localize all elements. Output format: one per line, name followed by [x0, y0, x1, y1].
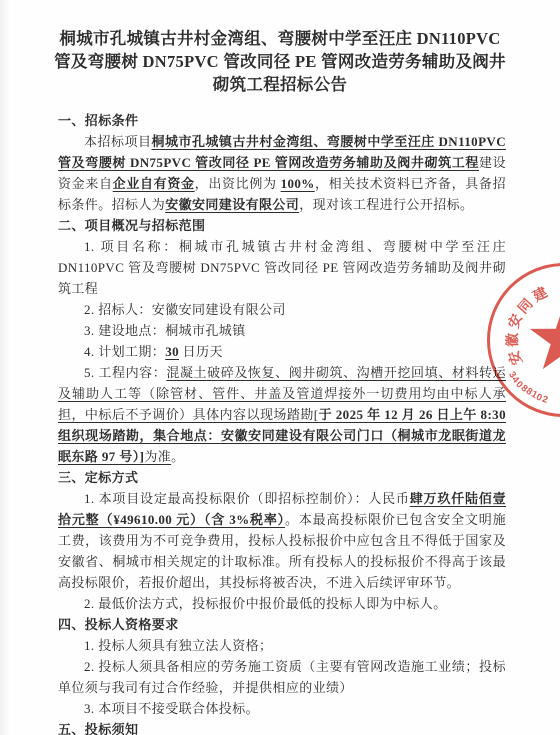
- section-heading: 四、投标人资格要求: [58, 614, 506, 635]
- text-run: 3. 建设地点：桐城市孔城镇: [84, 323, 246, 338]
- text-run: 2. 投标人须具备相应的劳务施工资质（主要有管网改造施工业绩；投标单位须与我司有…: [58, 659, 506, 695]
- seal-char: 徽: [505, 332, 519, 346]
- star-icon: [528, 304, 560, 376]
- seal-char: 安: [506, 312, 524, 330]
- star-shape: [530, 304, 560, 369]
- document-sections: 一、招标条件本招标项目桐城市孔城镇古井村金湾组、弯腰树中学至汪庄 DN110PV…: [58, 110, 506, 735]
- text-run: 1. 投标人须具有独立法人资格；: [84, 638, 272, 653]
- text-run: 2. 招标人：安徽安同建设有限公司: [84, 302, 286, 317]
- text-run: 3. 本项目不接受联合体投标。: [84, 701, 259, 716]
- paragraph: 1. 投标人须具有独立法人资格；: [58, 635, 506, 656]
- section-heading: 一、招标条件: [58, 110, 506, 131]
- seal-char: 安: [506, 349, 524, 367]
- text-run: 5. 工程内容：: [84, 365, 166, 380]
- seal-digit: 0: [514, 379, 524, 389]
- text-run: 。: [171, 449, 184, 464]
- paragraph: 3. 本项目不接受联合体投标。: [58, 698, 506, 719]
- text-run: ，出资比例为: [195, 176, 281, 191]
- section-heading: 二、项目概况与招标范围: [58, 215, 506, 236]
- seal-digit: 4: [510, 375, 521, 385]
- seal-char: 建: [530, 285, 549, 304]
- text-run: 1. 本项目设定最高投标限价（即招标控制价）：人民币: [84, 491, 410, 506]
- seal-digit: 0: [535, 393, 544, 404]
- paragraph: 1. 项目名称：桐城市孔城镇古井村金湾组、弯腰树中学至汪庄 DN110PVC 管…: [58, 236, 506, 299]
- section-heading: 五、投标须知: [58, 719, 506, 735]
- text-run: 为准: [144, 449, 171, 464]
- seal-char: 同: [515, 296, 535, 316]
- seal-digit: 3: [506, 370, 517, 380]
- text-run: 安徽安同建设有限公司: [165, 197, 299, 212]
- seal-digit: 2: [541, 395, 549, 406]
- text-run: 企业自有资金: [113, 176, 195, 191]
- paragraph: 5. 工程内容：混凝土破碎及恢复、阀井砌筑、沟槽开挖回填、材料转运及辅助人工等（…: [58, 362, 506, 467]
- text-run: ，现对该工程进行公开招标。: [299, 197, 473, 212]
- section-heading: 三、定标方式: [58, 467, 506, 488]
- text-run: 日历天: [179, 344, 223, 359]
- text-run: 30: [165, 344, 179, 359]
- text-run: 4. 计划工期：: [84, 344, 165, 359]
- text-run: 本招标项目: [84, 134, 151, 149]
- paragraph: 2. 最低价法方式，投标报价中报价最低的投标人即为中标人。: [58, 593, 506, 614]
- seal-digit: 8: [519, 383, 529, 394]
- paragraph: 2. 招标人：安徽安同建设有限公司: [58, 299, 506, 320]
- scanned-page: 桐城市孔城镇古井村金湾组、弯腰树中学至汪庄 DN110PVC 管及弯腰树 DN7…: [0, 0, 560, 735]
- seal-digit: 1: [529, 390, 538, 401]
- document-title: 桐城市孔城镇古井村金湾组、弯腰树中学至汪庄 DN110PVC 管及弯腰树 DN7…: [54, 27, 506, 96]
- seal-digit: 8: [524, 387, 534, 398]
- paragraph: 3. 建设地点：桐城市孔城镇: [58, 320, 506, 341]
- text-run: 1. 项目名称：桐城市孔城镇古井村金湾组、弯腰树中学至汪庄 DN110PVC 管…: [58, 239, 506, 296]
- paragraph: 1. 本项目设定最高投标限价（即招标控制价）：人民币肆万玖仟陆佰壹拾元整（¥49…: [58, 488, 506, 593]
- text-run: 100%: [281, 176, 315, 191]
- paragraph: 2. 投标人须具备相应的劳务施工资质（主要有管网改造施工业绩；投标单位须与我司有…: [58, 656, 506, 698]
- paragraph: 本招标项目桐城市孔城镇古井村金湾组、弯腰树中学至汪庄 DN110PVC 管及弯腰…: [58, 131, 506, 215]
- paragraph: 4. 计划工期：30 日历天: [58, 341, 506, 362]
- text-run: 2. 最低价法方式，投标报价中报价最低的投标人即为中标人。: [84, 596, 447, 611]
